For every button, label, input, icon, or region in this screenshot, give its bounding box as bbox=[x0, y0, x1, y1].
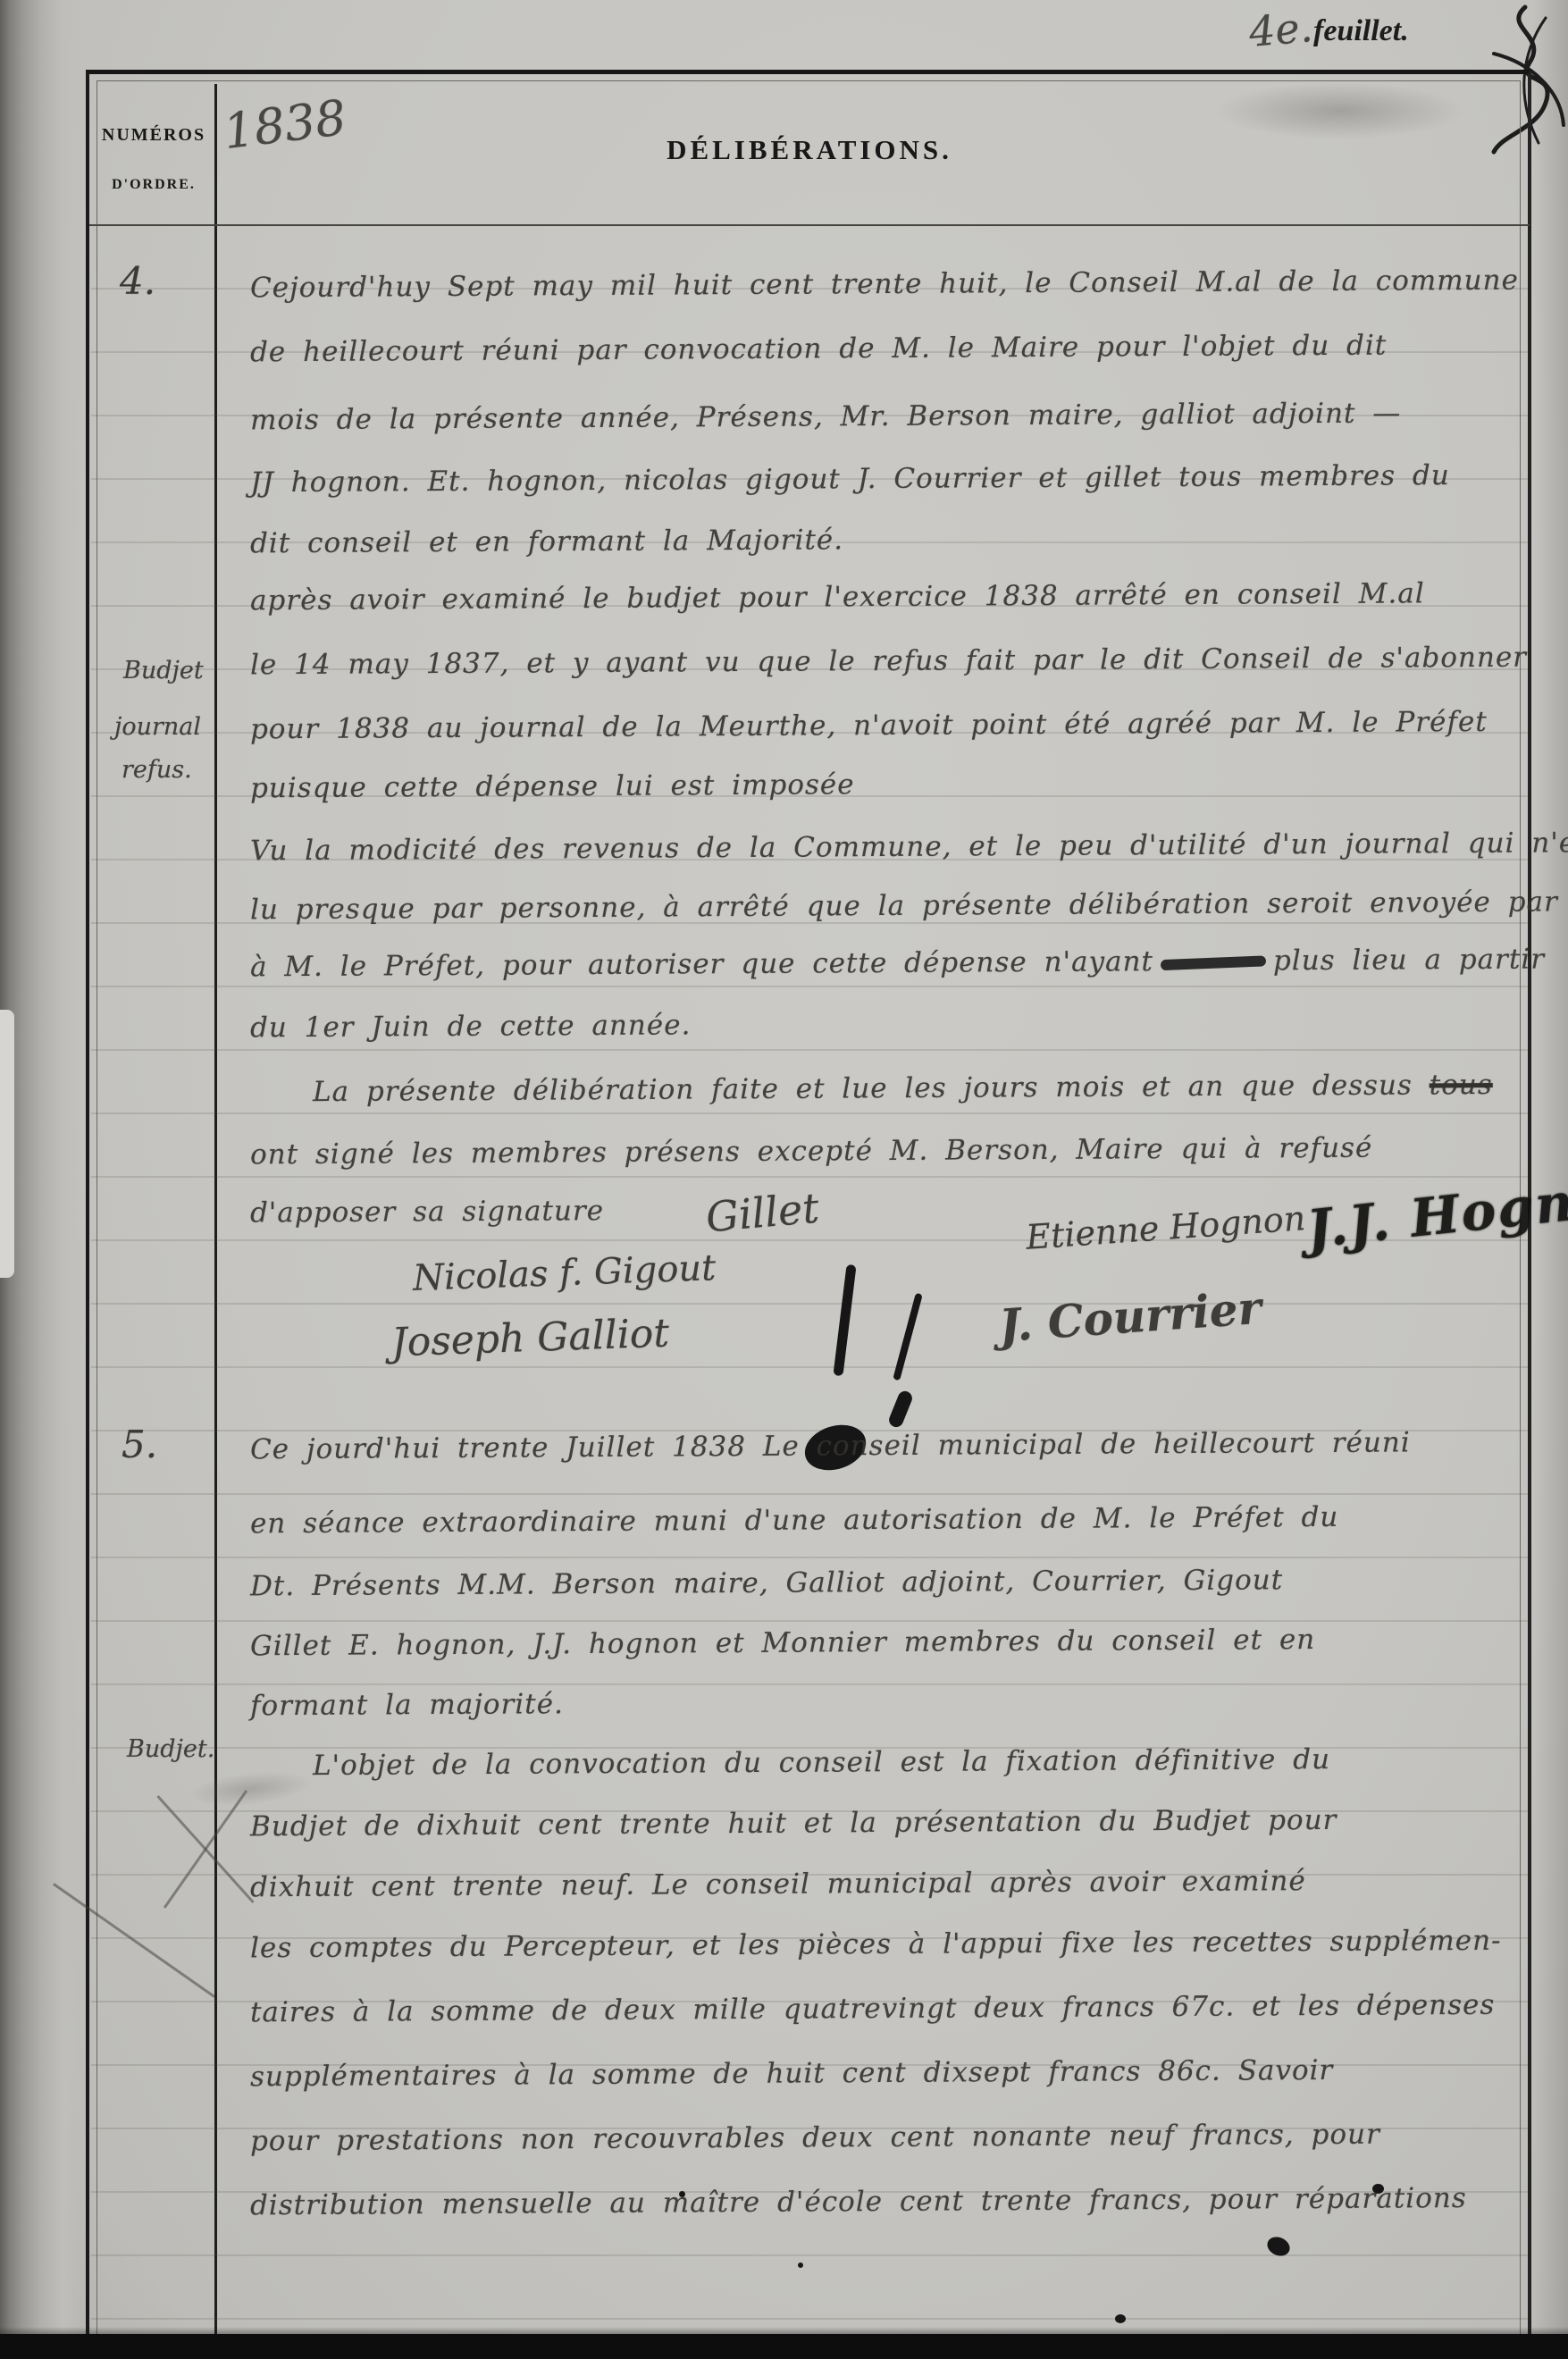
page-title: DÉLIBÉRATIONS. bbox=[89, 134, 1530, 166]
entry4-line: d'apposer sa signature bbox=[250, 1194, 697, 1229]
entry4-margin-note: refus. bbox=[122, 756, 192, 784]
entry4-line-text: La présente délibération faite et lue le… bbox=[313, 1069, 1430, 1108]
ink-spot bbox=[679, 2191, 685, 2197]
entry4-margin-note: journal bbox=[114, 713, 201, 741]
header-underline bbox=[89, 224, 1530, 226]
entry4-line-text: plus lieu a partir bbox=[1273, 943, 1545, 977]
signature-gillet: Gillet bbox=[704, 1184, 821, 1242]
entry5-number: 5. bbox=[122, 1423, 157, 1466]
scan-bottom-band bbox=[0, 2334, 1568, 2359]
signature-joseph-galliot: Joseph Galliot bbox=[390, 1311, 670, 1366]
ink-spot bbox=[1115, 2314, 1126, 2323]
struck-word: tous bbox=[1430, 1069, 1493, 1101]
page-edge-notch bbox=[0, 1010, 14, 1278]
entry5-line: formant la majorité. bbox=[250, 1688, 625, 1723]
entry4-number: 4. bbox=[120, 259, 155, 303]
ink-spot bbox=[1372, 2184, 1384, 2194]
entry5-margin-note: Budjet. bbox=[127, 1735, 214, 1763]
entry4-margin-note: Budjet bbox=[123, 657, 204, 684]
folio-word: feuillet. bbox=[1313, 14, 1409, 48]
entry4-line-text: à M. le Préfet, pour autoriser que cette… bbox=[250, 945, 1153, 983]
stain bbox=[1215, 82, 1465, 139]
column-separator bbox=[214, 84, 217, 2359]
ink-redaction bbox=[1161, 955, 1266, 970]
folio-number: 4e. bbox=[1247, 3, 1315, 56]
ink-spot bbox=[798, 2262, 803, 2268]
column-header-ordre: D'ORDRE. bbox=[93, 177, 214, 193]
